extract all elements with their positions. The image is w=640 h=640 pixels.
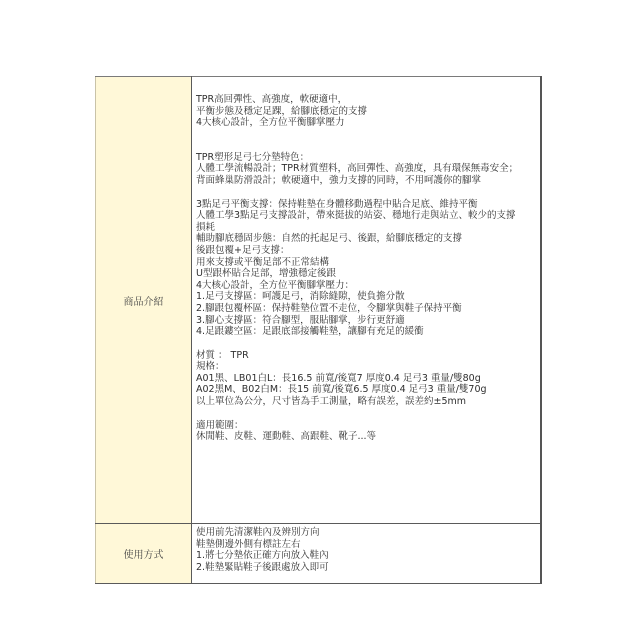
text-line: 4大核心設計，全方位平衡腳掌壓力： (196, 280, 536, 292)
text-line: U型跟杯貼合足部，增強穩定後跟 (196, 268, 536, 280)
text-line: 輔助腳底穩固步態：自然的托起足弓、後跟，給腳底穩定的支撐 (196, 233, 536, 245)
text-line: 4.足跟鏤空區：足跟底部接觸鞋墊，讓腳有充足的緩衝 (196, 326, 536, 338)
text-line: TPR高回彈性、高強度，軟硬適中， (196, 94, 536, 106)
text-line: 後跟包覆+足弓支撐： (196, 245, 536, 257)
table-row-product-intro: 商品介紹 TPR高回彈性、高強度，軟硬適中， 平衡步態及穩定足踝，給腳底穩定的支… (96, 77, 542, 524)
text-line: 3.腳心支撐區：符合腳型，服貼腳掌，步行更舒適 (196, 315, 536, 327)
text-line: 1.將七分墊依正確方向放入鞋內 (196, 550, 536, 562)
usage-content: 使用前先清潔鞋內及辨別方向 鞋墊側邊外側有標註左右 1.將七分墊依正確方向放入鞋… (192, 524, 542, 584)
intro-material-spec: 材質 ： TPR 規格： A01黑、LB01白L：長16.5 前寬/後寬7 厚度… (196, 350, 536, 408)
text-line: 人體工學3點足弓支撐設計，帶來挺拔的站姿、穩地行走與站立、較少的支撐 (196, 210, 536, 222)
text-line: 鞋墊側邊外側有標註左右 (196, 539, 536, 551)
text-line: 損耗 (196, 222, 536, 234)
intro-features: TPR塑形足弓七分墊特色： 人體工學流暢設計；TPR材質塑料，高回彈性、高強度，… (196, 152, 536, 187)
product-intro-content: TPR高回彈性、高強度，軟硬適中， 平衡步態及穩定足踝，給腳底穩定的支撐 4大核… (192, 77, 542, 524)
text-line: A01黑、LB01白L：長16.5 前寬/後寬7 厚度0.4 足弓3 重量/雙8… (196, 373, 536, 385)
text-line: 用來支撐或平衡足部不正常結構 (196, 257, 536, 269)
text-line: 適用範圍： (196, 420, 536, 432)
intro-support-design: 3點足弓平衡支撐：保持鞋墊在身體移動過程中貼合足底、維持平衡 人體工學3點足弓支… (196, 199, 536, 338)
text-line: 2.腳跟包覆杯區：保持鞋墊位置不走位，令腳掌與鞋子保持平衡 (196, 303, 536, 315)
text-line: A02黑M、B02白M：長15 前寬/後寬6.5 厚度0.4 足弓3 重量/雙7… (196, 384, 536, 396)
text-line: 人體工學流暢設計；TPR材質塑料，高回彈性、高強度，具有環保無毒安全； (196, 163, 536, 175)
text-line: 平衡步態及穩定足踝，給腳底穩定的支撐 (196, 106, 536, 118)
usage-instructions: 使用前先清潔鞋內及辨別方向 鞋墊側邊外側有標註左右 1.將七分墊依正確方向放入鞋… (196, 527, 536, 573)
table-row-usage: 使用方式 使用前先清潔鞋內及辨別方向 鞋墊側邊外側有標註左右 1.將七分墊依正確… (96, 524, 542, 584)
text-line: 1.足弓支撐區：呵護足弓，消除縫隙，使負擔分散 (196, 291, 536, 303)
intro-applicable-range: 適用範圍： 休閒鞋、皮鞋、運動鞋、高跟鞋、靴子...等 (196, 420, 536, 443)
text-line: 4大核心設計，全方位平衡腳掌壓力 (196, 117, 536, 129)
text-line: 3點足弓平衡支撐：保持鞋墊在身體移動過程中貼合足底、維持平衡 (196, 199, 536, 211)
text-line: 背面蜂巢防滑設計；軟硬適中，強力支撐的同時，不用呵護你的腳掌 (196, 175, 536, 187)
text-line: 2.鞋墊緊貼鞋子後跟處放入即可 (196, 562, 536, 574)
intro-summary: TPR高回彈性、高強度，軟硬適中， 平衡步態及穩定足踝，給腳底穩定的支撐 4大核… (196, 94, 536, 129)
product-spec-table: 商品介紹 TPR高回彈性、高強度，軟硬適中， 平衡步態及穩定足踝，給腳底穩定的支… (95, 76, 542, 584)
row-label-product-intro: 商品介紹 (96, 77, 192, 524)
text-line: 休閒鞋、皮鞋、運動鞋、高跟鞋、靴子...等 (196, 431, 536, 443)
text-line: 材質 ： TPR (196, 350, 536, 362)
row-label-usage: 使用方式 (96, 524, 192, 584)
text-line: 使用前先清潔鞋內及辨別方向 (196, 527, 536, 539)
text-line: 以上單位為公分，尺寸皆為手工測量，略有誤差，誤差約±5mm (196, 396, 536, 408)
text-line: 規格： (196, 361, 536, 373)
text-line: TPR塑形足弓七分墊特色： (196, 152, 536, 164)
